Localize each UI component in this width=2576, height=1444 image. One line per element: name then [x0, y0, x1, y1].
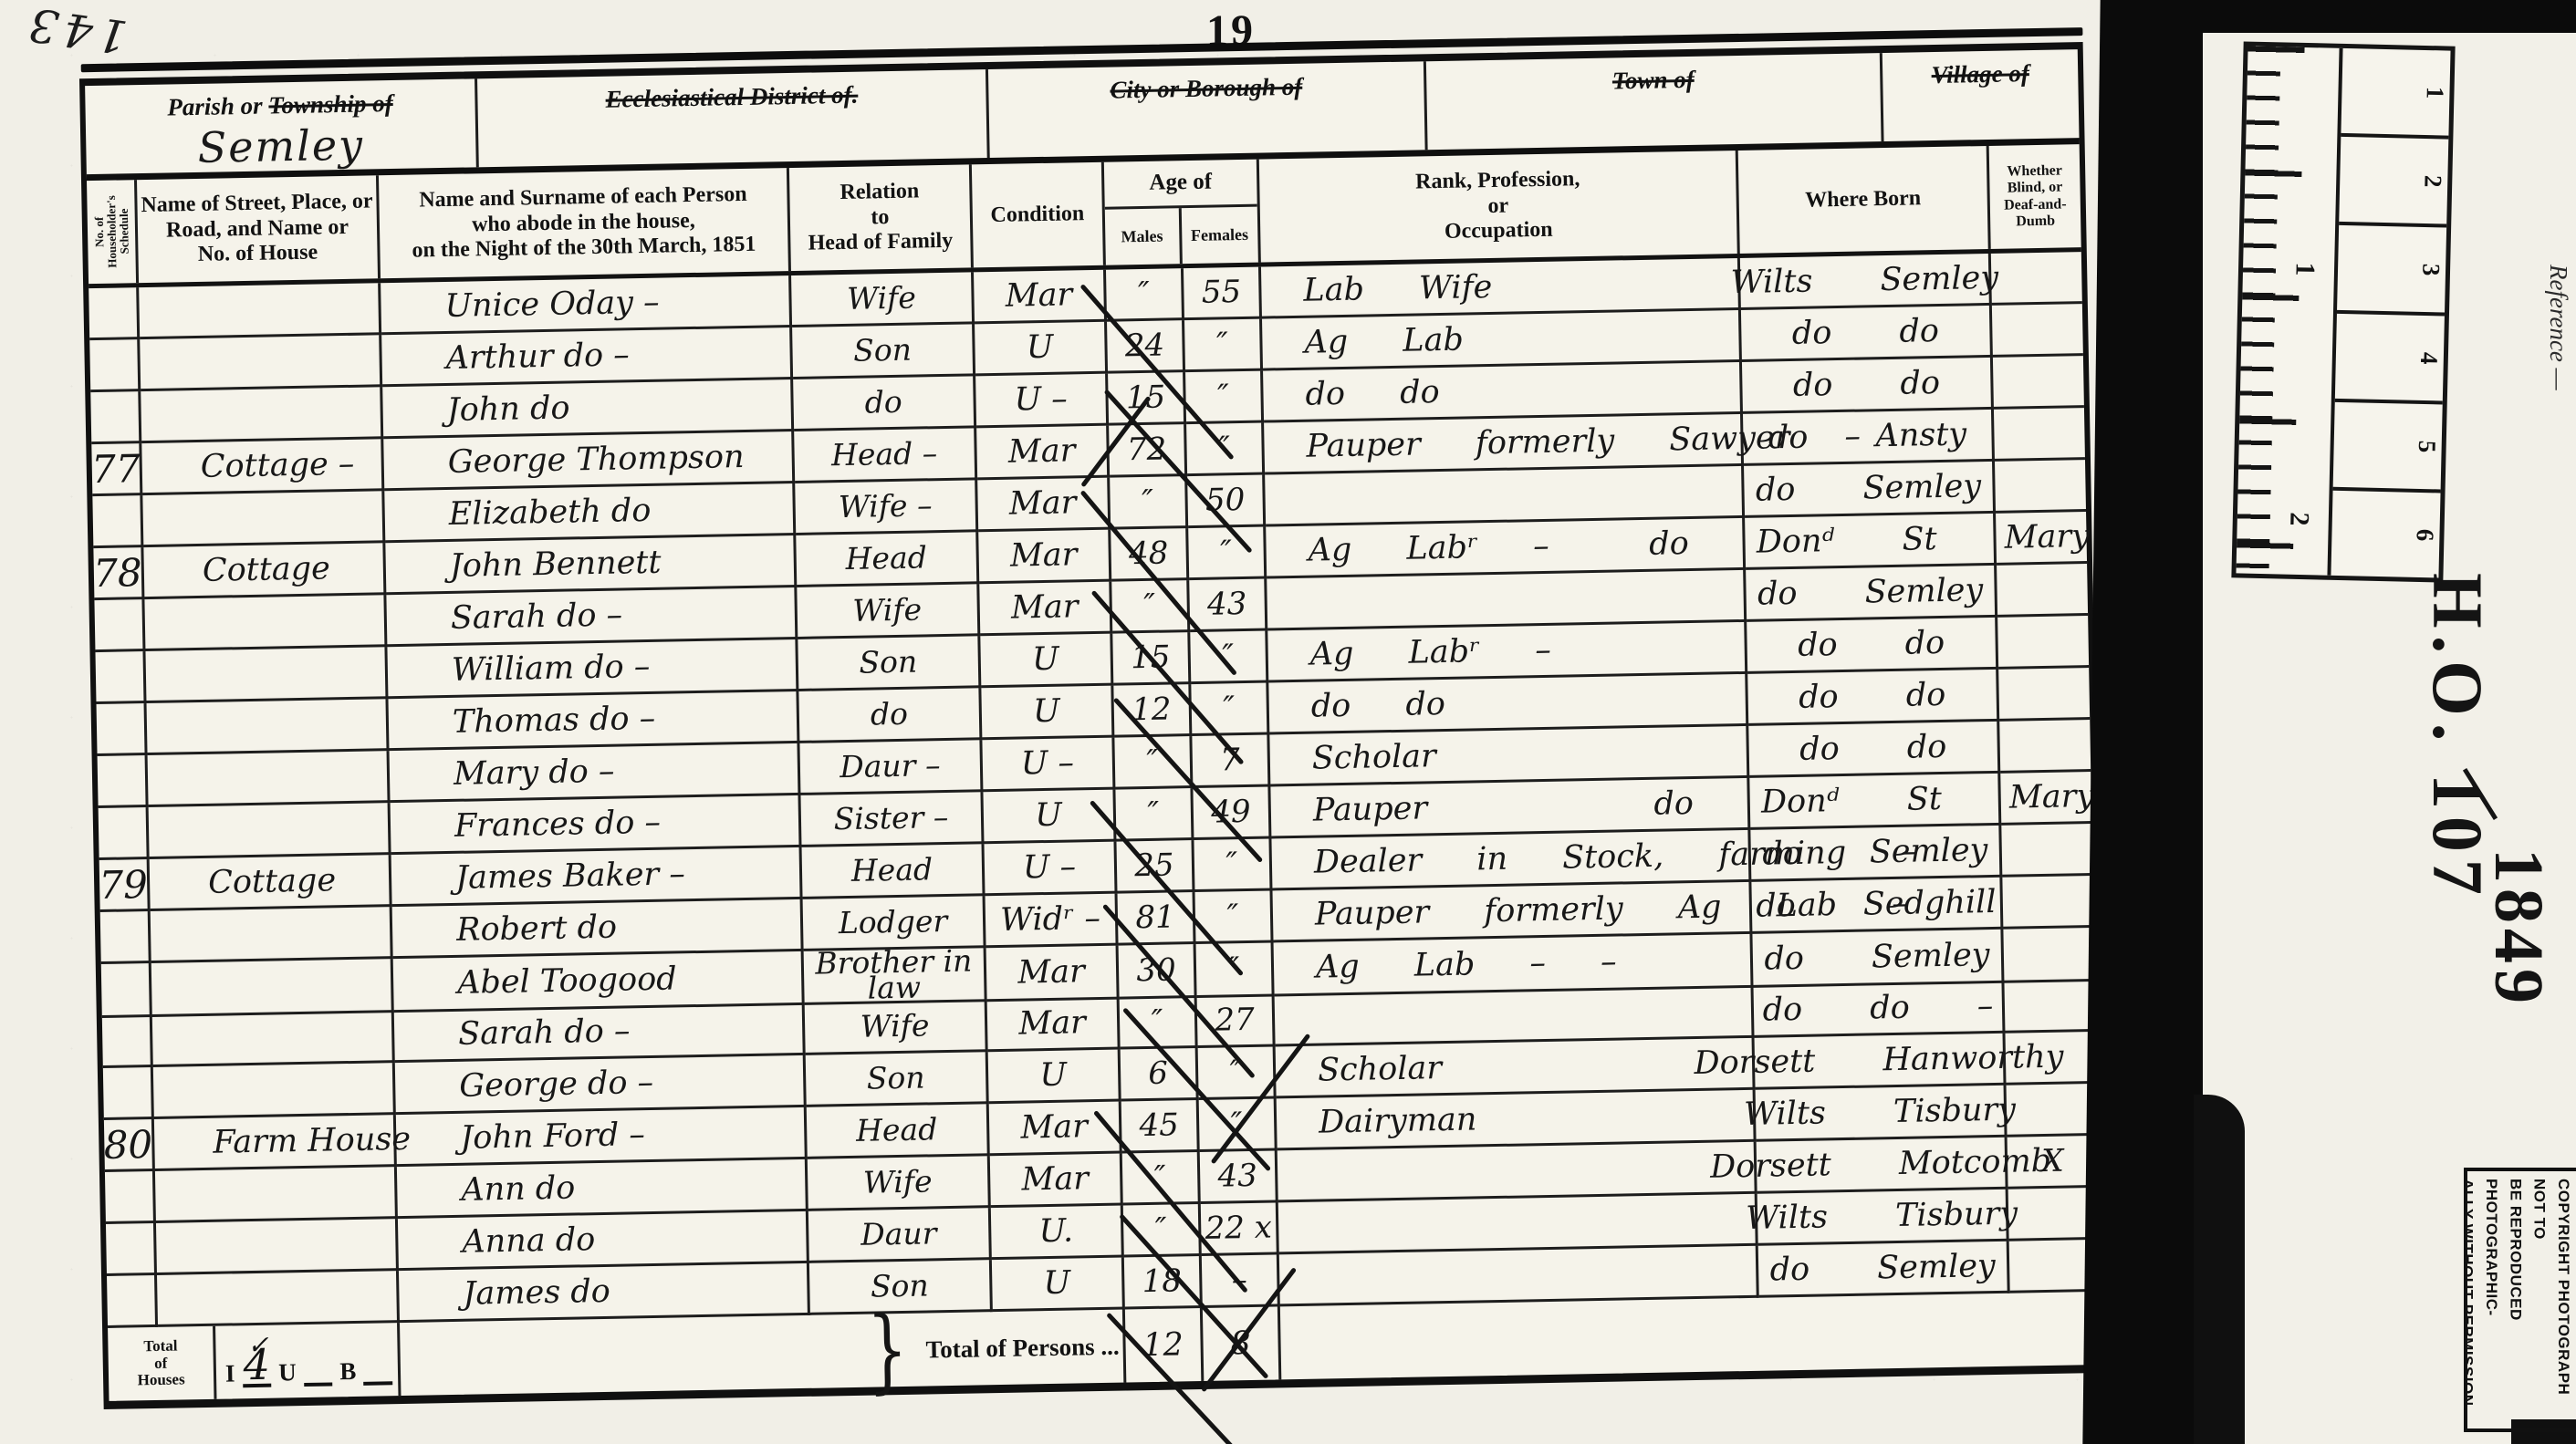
torn-edge-blob	[2194, 1095, 2245, 1444]
person-name-cell: George Thompson	[383, 431, 795, 491]
person-name-cell: Sarah do –	[394, 1003, 806, 1063]
ruler-cm-number: 5	[2333, 402, 2443, 493]
condition-cell: U –	[975, 374, 1109, 429]
schedule-number-cell	[101, 963, 152, 1018]
parish-value-handwritten: Semley	[86, 118, 476, 174]
person-name-cell: Unice Oday –	[381, 275, 792, 335]
person-name-cell: John do	[382, 379, 794, 439]
ruler-cm-number: 1	[2341, 48, 2450, 140]
street-cell	[139, 283, 381, 339]
age-female-cell: ″	[1195, 890, 1274, 944]
relation-cell: Son	[798, 636, 981, 691]
age-female-cell: 22 x	[1201, 1202, 1279, 1256]
age-female-cell: –	[1202, 1254, 1280, 1308]
age-male-cell: 18	[1124, 1256, 1203, 1310]
village-label: Village of	[1882, 58, 2079, 90]
city-borough-label: City or Borough of	[988, 70, 1424, 107]
person-name-cell: Anna do	[398, 1211, 809, 1271]
age-male-cell: ″	[1114, 736, 1193, 790]
occupation-cell	[1278, 1142, 1757, 1203]
schedule-number-cell	[107, 1275, 158, 1328]
relation-cell: Son	[806, 1052, 989, 1107]
schedule-number-cell	[106, 1223, 157, 1276]
reference-label: Reference —	[2544, 265, 2572, 390]
schedule-header-text: No. of Householder's Schedule	[92, 180, 131, 284]
schedule-number-cell	[90, 391, 141, 444]
ruler-cm-number: 4	[2335, 314, 2445, 405]
where-born-cell: do Sedghill	[1751, 878, 2003, 934]
blind-deaf-cell	[1998, 668, 2090, 722]
age-male-cell: ″	[1122, 1152, 1201, 1206]
relation-cell: Wife	[791, 272, 975, 327]
census-rows: Unice Oday –WifeMar″55Lab WifeWilts Seml…	[89, 252, 2101, 1328]
blind-deaf-cell: X	[2008, 1136, 2099, 1189]
relation-cell: Daur –	[799, 740, 983, 795]
age-female-cell: ″	[1191, 683, 1269, 737]
blind-deaf-cell	[2005, 1032, 2096, 1086]
relation-cell: Head	[807, 1104, 990, 1159]
condition-cell: U	[992, 1258, 1125, 1313]
condition-cell: U –	[985, 842, 1118, 897]
blind-deaf-cell	[2004, 980, 2095, 1034]
parish-label: Parish or Township of	[85, 88, 475, 123]
relation-cell: Daur	[808, 1208, 992, 1263]
street-cell	[156, 1219, 399, 1275]
age-female-cell: ″	[1196, 942, 1275, 998]
condition-cell: Mar	[977, 478, 1111, 533]
age-male-cell: 72	[1109, 424, 1187, 478]
ruler-inch-number: 1	[2289, 262, 2320, 276]
ruler-inch-scale: 12	[2236, 47, 2342, 576]
condition-cell: Widʳ –	[986, 894, 1119, 949]
blind-deaf-cell	[1992, 304, 2083, 358]
condition-cell: Mar	[974, 270, 1107, 325]
occupation-cell	[1265, 466, 1745, 527]
where-born-cell: Wilts Tisbury	[1756, 1086, 2008, 1142]
person-name-cell: Elizabeth do	[384, 483, 796, 543]
occupation-cell: Pauper formerly Ag Lab –	[1272, 882, 1752, 943]
females-subheader: Females	[1181, 207, 1258, 265]
copyright-line: BE REPRODUCED PHOTOGRAPHIC-	[2479, 1179, 2528, 1421]
age-female-cell: ″	[1194, 838, 1272, 892]
occupation-cell: Lab Wife	[1261, 258, 1741, 319]
person-name-cell: James do	[399, 1263, 810, 1323]
street-cell	[151, 907, 393, 963]
relation-cell: Head –	[794, 428, 977, 483]
where-born-cell: do do –	[1753, 982, 2005, 1038]
blind-deaf-cell	[2000, 772, 2091, 826]
blind-deaf-cell	[1997, 616, 2089, 670]
archive-piece-stamp: 1849	[2478, 848, 2558, 1009]
column-header-occupation: Rank, Profession, or Occupation	[1259, 151, 1740, 263]
ecclesiastical-district-cell: Ecclesiastical District of.	[477, 69, 990, 167]
males-total: 12	[1125, 1308, 1204, 1383]
condition-cell: U –	[982, 738, 1115, 793]
where-born-cell: do do	[1747, 618, 1998, 674]
street-cell: Cottage	[143, 543, 386, 599]
occupation-cell	[1278, 1194, 1758, 1255]
blind-deaf-cell	[1994, 408, 2085, 462]
total-of-persons-label: Total of Persons ...	[925, 1332, 1120, 1364]
schedule-number-cell: 79	[99, 859, 151, 912]
males-subheader: Males	[1105, 208, 1183, 265]
age-male-cell: ″	[1110, 476, 1188, 530]
copyright-line: COPYRIGHT PHOTOGRAPH NOT TO	[2527, 1179, 2575, 1421]
archive-ruler: 12 123456	[2231, 41, 2455, 582]
schedule-number-cell	[102, 1015, 153, 1068]
brace-mark: }	[867, 1318, 909, 1383]
where-born-cell: Dorsett Hanworthy	[1755, 1034, 2007, 1090]
street-cell	[148, 751, 391, 807]
person-name-cell: George do –	[395, 1055, 807, 1115]
column-header-blind-deaf: Whether Blind, or Deaf-and- Dumb	[1989, 144, 2081, 249]
occupation-cell: Dairyman	[1277, 1090, 1757, 1151]
schedule-number-cell	[89, 339, 141, 392]
person-name-cell: Thomas do –	[388, 691, 799, 751]
total-of-persons: } Total of Persons ...	[400, 1310, 1126, 1397]
females-total: 8	[1203, 1306, 1281, 1381]
occupation-cell: Dealer in Stock, farming –	[1271, 830, 1751, 891]
schedule-number-cell	[92, 495, 143, 548]
schedule-number-cell: 77	[91, 443, 142, 496]
where-born-cell: do Donᵈ St Mary	[1749, 774, 2001, 830]
column-header-schedule: No. of Householder's Schedule	[87, 180, 139, 284]
age-female-cell: ″	[1186, 423, 1265, 477]
schedule-number-cell	[94, 599, 145, 652]
ruler-cm-number-text: 3	[2416, 264, 2445, 276]
relation-cell: Wife	[808, 1156, 991, 1211]
occupation-cell	[1279, 1246, 1759, 1307]
age-male-cell: 15	[1108, 372, 1186, 426]
condition-cell: U	[980, 634, 1113, 689]
where-born-cell: Wilts Semley	[1740, 254, 1992, 310]
street-cell	[140, 335, 382, 391]
relation-cell: Wife	[805, 1000, 988, 1055]
person-name-cell: Arthur do –	[381, 327, 793, 387]
relation-cell: Head	[796, 532, 979, 587]
where-born-cell: do Semley	[1758, 1241, 2010, 1298]
street-cell	[149, 803, 391, 859]
blind-deaf-cell	[1995, 460, 2086, 514]
street-cell	[141, 387, 383, 443]
schedule-number-cell: 80	[104, 1119, 155, 1172]
street-cell	[145, 647, 388, 703]
column-header-relation: Relation to Head of Family	[789, 164, 974, 271]
street-cell	[152, 1011, 395, 1067]
margin-top-shadow	[2203, 0, 2576, 33]
relation-cell: Wife	[797, 584, 980, 639]
person-name-cell: Robert do	[392, 899, 804, 959]
age-male-cell: 45	[1121, 1100, 1200, 1154]
parish-label-struck: Township of	[268, 89, 393, 119]
census-table: Parish or Township of Semley Ecclesiasti…	[79, 42, 2107, 1409]
age-male-cell: ″	[1115, 788, 1194, 842]
where-born-cell: do do	[1747, 670, 1999, 726]
where-born-cell: do Donᵈ St Mary	[1745, 514, 1997, 570]
person-name-cell: Sarah do –	[386, 587, 798, 647]
age-male-cell: 15	[1112, 632, 1191, 686]
schedule-number-cell: 78	[93, 547, 144, 600]
where-born-cell: do Semley	[1744, 462, 1996, 518]
blind-deaf-cell	[2001, 824, 2092, 878]
occupation-cell: do do	[1268, 674, 1748, 735]
total-of-houses-label: Total of Houses	[108, 1326, 216, 1401]
ruler-inch-number: 2	[2283, 512, 2314, 526]
ruler-cm-number-text: 5	[2412, 441, 2440, 453]
schedule-number-cell	[97, 703, 148, 756]
street-cell: Cottage –	[141, 439, 384, 495]
blind-deaf-cell	[1993, 356, 2084, 410]
age-female-cell: ″	[1199, 1098, 1278, 1152]
building-letter: B	[339, 1357, 357, 1386]
where-born-cell: do do	[1741, 306, 1993, 362]
where-born-cell: do Semley	[1750, 826, 2002, 882]
copyright-stamp: COPYRIGHT PHOTOGRAPH NOT TOBE REPRODUCED…	[2464, 1168, 2576, 1432]
occupation-cell: Scholar	[1276, 1038, 1756, 1099]
street-cell: Cottage	[150, 855, 392, 911]
age-male-cell: 24	[1107, 320, 1185, 374]
condition-cell: Mar	[986, 946, 1120, 1002]
relation-cell: Son	[792, 324, 975, 379]
schedule-number-cell	[89, 287, 140, 340]
occupation-cell: Pauper formerly Sawyer –	[1264, 414, 1744, 475]
age-female-cell: ″	[1198, 1046, 1277, 1100]
blind-deaf-cell	[2007, 1084, 2098, 1138]
column-header-where-born: Where Born	[1738, 146, 1991, 254]
ruler-cm-number-text: 6	[2410, 528, 2438, 541]
relation-cell: Wife –	[795, 480, 978, 535]
person-name-cell: Mary do –	[390, 743, 801, 803]
ecclesiastical-label: Ecclesiastical District of.	[477, 78, 986, 116]
blind-deaf-cell	[1999, 720, 2091, 774]
occupation-cell: do do	[1263, 362, 1743, 423]
blind-deaf-cell	[2002, 876, 2093, 930]
city-borough-cell: City or Borough of	[988, 61, 1428, 158]
schedule-number-cell	[100, 911, 151, 964]
age-male-cell: ″	[1106, 268, 1184, 322]
occupation-cell	[1267, 570, 1747, 631]
column-header-name: Name and Surname of each Person who abod…	[379, 168, 791, 278]
check-mark: ✓	[247, 1330, 269, 1360]
person-name-cell: John Ford –	[396, 1107, 808, 1167]
street-cell	[153, 1063, 396, 1119]
condition-cell: U.	[991, 1206, 1124, 1261]
town-cell: Town of	[1426, 53, 1884, 150]
person-name-cell: John Bennett	[385, 535, 797, 595]
relation-cell: Head	[802, 844, 986, 899]
age-female-cell: 7	[1192, 734, 1270, 788]
street-cell	[157, 1271, 400, 1327]
inhabited-letter: I	[225, 1359, 235, 1387]
person-name-cell: Ann do	[397, 1159, 808, 1219]
uninhabited-value-slot	[304, 1382, 333, 1387]
age-female-cell: 27	[1197, 994, 1276, 1048]
age-female-cell: 50	[1187, 475, 1266, 529]
age-female-cell: 49	[1193, 786, 1271, 840]
age-male-cell: 6	[1121, 1048, 1199, 1102]
age-female-cell: ″	[1188, 527, 1267, 581]
blind-deaf-cell	[1997, 564, 2088, 618]
building-value-slot	[364, 1381, 393, 1386]
census-form: Parish or Township of Semley Ecclesiasti…	[79, 27, 2112, 1409]
age-female-cell: 43	[1189, 579, 1267, 633]
houses-tally: I 4✓ U B	[215, 1323, 401, 1399]
blind-deaf-cell	[2003, 928, 2094, 983]
age-male-cell: ″	[1120, 996, 1198, 1050]
age-female-cell: 43	[1200, 1150, 1278, 1204]
street-cell	[155, 1167, 398, 1223]
age-female-cell: ″	[1190, 631, 1268, 685]
column-header-condition: Condition	[972, 162, 1106, 268]
street-cell	[147, 699, 390, 755]
condition-cell: U	[983, 790, 1116, 845]
where-born-cell: do do	[1748, 722, 2000, 778]
relation-cell: do	[793, 376, 976, 431]
condition-cell: Mar	[987, 998, 1121, 1053]
street-cell	[142, 491, 385, 547]
age-of-label: Age of	[1104, 160, 1257, 210]
age-male-cell: 81	[1118, 892, 1196, 946]
occupation-cell	[1275, 986, 1755, 1047]
person-name-cell: William do –	[387, 639, 798, 699]
condition-cell: U	[981, 686, 1114, 741]
schedule-number-cell	[99, 807, 150, 860]
uninhabited-letter: U	[278, 1358, 297, 1387]
blind-deaf-cell	[1991, 252, 2082, 306]
age-male-cell: 25	[1116, 840, 1194, 894]
parish-cell: Parish or Township of Semley	[85, 78, 479, 174]
age-female-cell: 55	[1184, 267, 1262, 321]
census-page-scan: 143 19 Parish or Township of Semley Eccl…	[0, 0, 2576, 1444]
ruler-cm-number: 6	[2331, 491, 2440, 578]
relation-cell: Brother in law	[804, 948, 987, 1005]
person-name-cell: James Baker –	[391, 847, 803, 907]
parish-label-plain: Parish or	[167, 91, 269, 120]
totals-blank	[1280, 1292, 2101, 1379]
age-male-cell: 12	[1113, 684, 1192, 738]
condition-cell: Mar	[978, 530, 1111, 585]
ruler-cm-scale: 123456	[2331, 48, 2450, 578]
relation-cell: Sister –	[800, 792, 984, 847]
where-born-cell: Dorsett Motcomb	[1757, 1138, 2008, 1194]
age-female-cell: ″	[1184, 319, 1263, 373]
relation-cell: do	[798, 688, 982, 743]
street-cell: Farm House	[154, 1115, 397, 1171]
street-cell	[144, 595, 387, 651]
condition-cell: U	[975, 322, 1108, 377]
condition-cell: Mar	[979, 582, 1112, 637]
schedule-number-cell	[98, 755, 149, 808]
age-male-cell: ″	[1123, 1204, 1202, 1258]
schedule-number-cell	[105, 1171, 156, 1224]
where-born-cell: Wilts Tisbury	[1757, 1189, 2009, 1246]
column-header-street: Name of Street, Place, or Road, and Name…	[137, 175, 381, 283]
blind-deaf-cell	[1996, 512, 2087, 566]
occupation-cell: Scholar	[1269, 726, 1749, 787]
age-female-cell: ″	[1185, 371, 1264, 425]
condition-cell: Mar	[990, 1154, 1123, 1209]
town-label: Town of	[1426, 62, 1880, 99]
age-male-cell: ″	[1111, 580, 1190, 634]
ruler-cm-number: 3	[2337, 225, 2446, 317]
ruler-cm-number-text: 1	[2420, 87, 2448, 99]
copyright-line: ALLY WITHOUT PERMISSION OF THE	[2464, 1179, 2479, 1421]
corner-folio-note: 143	[21, 0, 130, 64]
where-born-cell: do Ansty	[1743, 410, 1995, 466]
age-male-cell: 30	[1119, 944, 1197, 1000]
age-male-cell: 48	[1111, 528, 1189, 582]
condition-cell: U	[988, 1050, 1121, 1105]
street-cell	[151, 959, 394, 1017]
occupation-cell: Ag Labʳ –	[1267, 622, 1747, 683]
condition-cell: Mar	[976, 426, 1110, 481]
where-born-cell: do Semley	[1746, 566, 1997, 622]
ruler-cm-number-text: 4	[2414, 352, 2442, 365]
schedule-number-cell	[95, 651, 146, 704]
village-cell: Village of	[1882, 49, 2080, 141]
condition-cell: Mar	[989, 1102, 1122, 1157]
inhabited-value-slot: 4✓	[242, 1350, 271, 1388]
occupation-cell: Ag Lab	[1262, 310, 1742, 371]
where-born-cell: do Semley	[1752, 930, 2004, 988]
schedule-number-cell	[103, 1067, 154, 1120]
ruler-cm-number-text: 2	[2418, 175, 2446, 188]
where-born-cell: do do	[1742, 358, 1994, 414]
person-name-cell: Frances do –	[391, 795, 802, 855]
ruler-cm-number: 2	[2339, 137, 2448, 228]
column-header-age: Age of Males Females	[1104, 160, 1261, 265]
